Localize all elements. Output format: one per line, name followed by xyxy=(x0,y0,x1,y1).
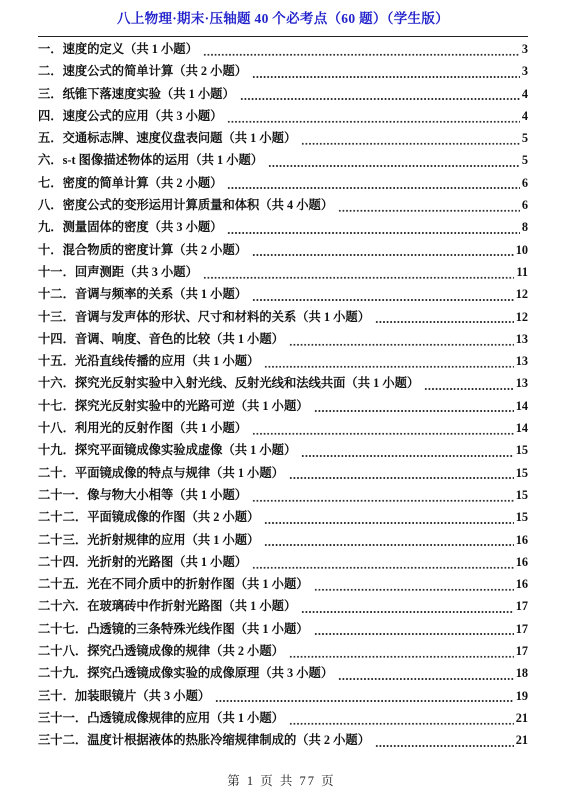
toc-entry-label: 四．速度公式的应用（共 3 小题） xyxy=(38,105,222,127)
toc-entry[interactable]: 一．速度的定义（共 1 小题） 3 xyxy=(38,38,528,60)
toc-dot-leader xyxy=(227,118,519,123)
toc-entry[interactable]: 二．速度公式的简单计算（共 2 小题） 3 xyxy=(38,60,528,82)
toc-entry-label: 二十九．探究凸透镜成像实验的成像原理（共 3 小题） xyxy=(38,662,333,684)
toc-entry-page: 14 xyxy=(516,417,528,439)
toc-entry-label: 二十八．探究凸透镜成像的规律（共 2 小题） xyxy=(38,640,284,662)
toc-entry-label: 十七．探究光反射实验中的光路可逆（共 1 小题） xyxy=(38,395,309,417)
toc-entry-page: 10 xyxy=(516,239,528,261)
toc-entry[interactable]: 二十五．光在不同介质中的折射作图（共 1 小题） 16 xyxy=(38,573,528,595)
toc-dot-leader xyxy=(252,74,520,79)
toc-entry-label: 二十六．在玻璃砖中作折射光路图（共 1 小题） xyxy=(38,595,296,617)
toc-entry-page: 5 xyxy=(522,127,528,149)
toc-entry-label: 八．密度公式的变形运用计算质量和体积（共 4 小题） xyxy=(38,194,333,216)
toc-entry-page: 15 xyxy=(516,484,528,506)
toc-dot-leader xyxy=(424,386,513,391)
toc-entry-page: 4 xyxy=(522,83,528,105)
toc-entry-page: 15 xyxy=(516,462,528,484)
toc-dot-leader xyxy=(314,408,514,413)
toc-entry[interactable]: 二十三．光折射规律的应用（共 1 小题） 16 xyxy=(38,529,528,551)
toc-entry[interactable]: 十八．利用光的反射作图（共 1 小题） 14 xyxy=(38,417,528,439)
toc-entry-page: 16 xyxy=(516,551,528,573)
toc-entry-label: 三十二．温度计根据液体的热胀冷缩规律制成的（共 2 小题） xyxy=(38,729,370,751)
toc-entry[interactable]: 十三．音调与发声体的形状、尺寸和材料的关系（共 1 小题） 12 xyxy=(38,306,528,328)
toc-entry[interactable]: 三十二．温度计根据液体的热胀冷缩规律制成的（共 2 小题） 21 xyxy=(38,729,528,751)
toc-entry-page: 21 xyxy=(516,729,528,751)
toc-entry[interactable]: 五．交通标志牌、速度仪盘表问题（共 1 小题） 5 xyxy=(38,127,528,149)
toc-entry[interactable]: 十七．探究光反射实验中的光路可逆（共 1 小题） 14 xyxy=(38,395,528,417)
toc-entry-label: 二十一．像与物大小相等（共 1 小题） xyxy=(38,484,247,506)
toc-dot-leader xyxy=(252,564,514,569)
toc-entry-page: 17 xyxy=(516,640,528,662)
toc-entry[interactable]: 三．纸锥下落速度实验（共 1 小题） 4 xyxy=(38,83,528,105)
toc-entry-page: 8 xyxy=(522,216,528,238)
toc-dot-leader xyxy=(375,319,514,324)
toc-entry-label: 二十七．凸透镜的三条特殊光线作图（共 1 小题） xyxy=(38,618,309,640)
toc-entry[interactable]: 三十一．凸透镜成像规律的应用（共 1 小题） 21 xyxy=(38,707,528,729)
toc-entry-label: 九．测量固体的密度（共 3 小题） xyxy=(38,216,222,238)
toc-dot-leader xyxy=(289,475,514,480)
toc-entry[interactable]: 十九．探究平面镜成像实验成虚像（共 1 小题） 15 xyxy=(38,439,528,461)
toc-dot-leader xyxy=(375,743,514,748)
toc-dot-leader xyxy=(264,363,513,368)
toc-entry[interactable]: 二十四．光折射的光路图（共 1 小题） 16 xyxy=(38,551,528,573)
toc-entry-label: 三十．加装眼镜片（共 3 小题） xyxy=(38,685,210,707)
toc-dot-leader xyxy=(252,497,514,502)
toc-entry-page: 16 xyxy=(516,529,528,551)
toc-dot-leader xyxy=(289,653,514,658)
toc-entry-label: 十八．利用光的反射作图（共 1 小题） xyxy=(38,417,247,439)
toc-entry-page: 17 xyxy=(516,595,528,617)
toc-dot-leader xyxy=(264,542,513,547)
toc-dot-leader xyxy=(289,720,514,725)
toc-entry-page: 16 xyxy=(516,573,528,595)
toc-dot-leader xyxy=(252,297,514,302)
toc-entry[interactable]: 十．混合物质的密度计算（共 2 小题） 10 xyxy=(38,239,528,261)
toc-entry-page: 14 xyxy=(516,395,528,417)
toc-dot-leader xyxy=(301,140,520,145)
toc-entry[interactable]: 二十八．探究凸透镜成像的规律（共 2 小题） 17 xyxy=(38,640,528,662)
toc-entry[interactable]: 八．密度公式的变形运用计算质量和体积（共 4 小题） 6 xyxy=(38,194,528,216)
toc-entry-page: 15 xyxy=(516,506,528,528)
toc-entry-label: 十．混合物质的密度计算（共 2 小题） xyxy=(38,239,247,261)
toc-dot-leader xyxy=(227,230,519,235)
toc-entry-label: 七．密度的简单计算（共 2 小题） xyxy=(38,172,222,194)
toc-entry[interactable]: 二十七．凸透镜的三条特殊光线作图（共 1 小题） 17 xyxy=(38,618,528,640)
toc-entry-label: 二十二．平面镜成像的作图（共 2 小题） xyxy=(38,506,259,528)
toc-dot-leader xyxy=(289,341,514,346)
title-divider xyxy=(38,36,528,37)
toc-entry-label: 三．纸锥下落速度实验（共 1 小题） xyxy=(38,83,235,105)
toc-entry-label: 六．s-t 图像描述物体的运用（共 1 小题） xyxy=(38,149,263,171)
toc-dot-leader xyxy=(264,520,513,525)
toc-entry-label: 一．速度的定义（共 1 小题） xyxy=(38,38,198,60)
toc-entry-page: 3 xyxy=(522,38,528,60)
toc-dot-leader xyxy=(252,430,514,435)
toc-entry-page: 21 xyxy=(516,707,528,729)
toc-entry-page: 11 xyxy=(516,261,528,283)
toc-entry-label: 十四．音调、响度、音色的比较（共 1 小题） xyxy=(38,328,284,350)
toc-entry-label: 十一．回声测距（共 3 小题） xyxy=(38,261,198,283)
toc-entry[interactable]: 十一．回声测距（共 3 小题） 11 xyxy=(38,261,528,283)
toc-entry[interactable]: 三十．加装眼镜片（共 3 小题） 19 xyxy=(38,685,528,707)
toc-entry-page: 5 xyxy=(522,149,528,171)
toc-dot-leader xyxy=(314,586,514,591)
toc-dot-leader xyxy=(301,609,513,614)
toc-entry-page: 13 xyxy=(516,328,528,350)
toc-dot-leader xyxy=(314,631,514,636)
toc-entry[interactable]: 二十一．像与物大小相等（共 1 小题） 15 xyxy=(38,484,528,506)
toc-dot-leader xyxy=(215,698,514,703)
toc-entry-label: 二十五．光在不同介质中的折射作图（共 1 小题） xyxy=(38,573,309,595)
toc-entry[interactable]: 七．密度的简单计算（共 2 小题） 6 xyxy=(38,172,528,194)
toc-entry[interactable]: 二十六．在玻璃砖中作折射光路图（共 1 小题） 17 xyxy=(38,595,528,617)
toc-entry-page: 13 xyxy=(516,350,528,372)
toc-entry-page: 18 xyxy=(516,662,528,684)
toc-entry-label: 二十四．光折射的光路图（共 1 小题） xyxy=(38,551,247,573)
toc-dot-leader xyxy=(203,51,520,56)
toc-entry-label: 十九．探究平面镜成像实验成虚像（共 1 小题） xyxy=(38,439,296,461)
document-title: 八上物理·期末·压轴题 40 个必考点（60 题）（学生版） xyxy=(38,9,528,29)
toc-entry-page: 13 xyxy=(516,372,528,394)
toc-entry-page: 17 xyxy=(516,618,528,640)
page-number-footer: 第 1 页 共 77 页 xyxy=(0,771,563,789)
toc-entry[interactable]: 二十二．平面镜成像的作图（共 2 小题） 15 xyxy=(38,506,528,528)
toc-entry[interactable]: 九．测量固体的密度（共 3 小题） 8 xyxy=(38,216,528,238)
toc-dot-leader xyxy=(268,163,520,168)
toc-dot-leader xyxy=(252,252,514,257)
toc-entry-label: 十三．音调与发声体的形状、尺寸和材料的关系（共 1 小题） xyxy=(38,306,370,328)
toc-entry[interactable]: 二十．平面镜成像的特点与规律（共 1 小题） 15 xyxy=(38,462,528,484)
toc-dot-leader xyxy=(240,96,520,101)
toc-entry-label: 五．交通标志牌、速度仪盘表问题（共 1 小题） xyxy=(38,127,296,149)
toc-entry-label: 二十三．光折射规律的应用（共 1 小题） xyxy=(38,529,259,551)
toc-entry-page: 6 xyxy=(522,172,528,194)
toc-entry-page: 12 xyxy=(516,306,528,328)
toc-dot-leader xyxy=(301,453,513,458)
toc-entry[interactable]: 六．s-t 图像描述物体的运用（共 1 小题） 5 xyxy=(38,149,528,171)
toc-entry-label: 十六．探究光反射实验中入射光线、反射光线和法线共面（共 1 小题） xyxy=(38,372,419,394)
toc-entry-label: 二十．平面镜成像的特点与规律（共 1 小题） xyxy=(38,462,284,484)
toc-entry[interactable]: 十四．音调、响度、音色的比较（共 1 小题） 13 xyxy=(38,328,528,350)
toc-entry[interactable]: 十六．探究光反射实验中入射光线、反射光线和法线共面（共 1 小题） 13 xyxy=(38,372,528,394)
toc-entry-label: 二．速度公式的简单计算（共 2 小题） xyxy=(38,60,247,82)
toc-entry[interactable]: 四．速度公式的应用（共 3 小题） 4 xyxy=(38,105,528,127)
table-of-contents: 一．速度的定义（共 1 小题） 3 二．速度公式的简单计算（共 2 小题） 3 … xyxy=(38,38,528,752)
toc-dot-leader xyxy=(203,274,515,279)
toc-entry-page: 15 xyxy=(516,439,528,461)
document-page: 八上物理·期末·压轴题 40 个必考点（60 题）（学生版） 一．速度的定义（共… xyxy=(0,0,563,800)
toc-dot-leader xyxy=(338,676,514,681)
toc-entry-page: 3 xyxy=(522,60,528,82)
toc-dot-leader xyxy=(227,185,519,190)
toc-entry[interactable]: 十二．音调与频率的关系（共 1 小题） 12 xyxy=(38,283,528,305)
toc-entry-page: 6 xyxy=(522,194,528,216)
toc-entry-page: 4 xyxy=(522,105,528,127)
toc-entry-label: 三十一．凸透镜成像规律的应用（共 1 小题） xyxy=(38,707,284,729)
toc-entry-page: 19 xyxy=(516,685,528,707)
toc-entry[interactable]: 二十九．探究凸透镜成像实验的成像原理（共 3 小题） 18 xyxy=(38,662,528,684)
toc-entry-label: 十二．音调与频率的关系（共 1 小题） xyxy=(38,283,247,305)
toc-entry[interactable]: 十五．光沿直线传播的应用（共 1 小题） 13 xyxy=(38,350,528,372)
toc-entry-page: 12 xyxy=(516,283,528,305)
toc-dot-leader xyxy=(338,207,520,212)
toc-entry-label: 十五．光沿直线传播的应用（共 1 小题） xyxy=(38,350,259,372)
